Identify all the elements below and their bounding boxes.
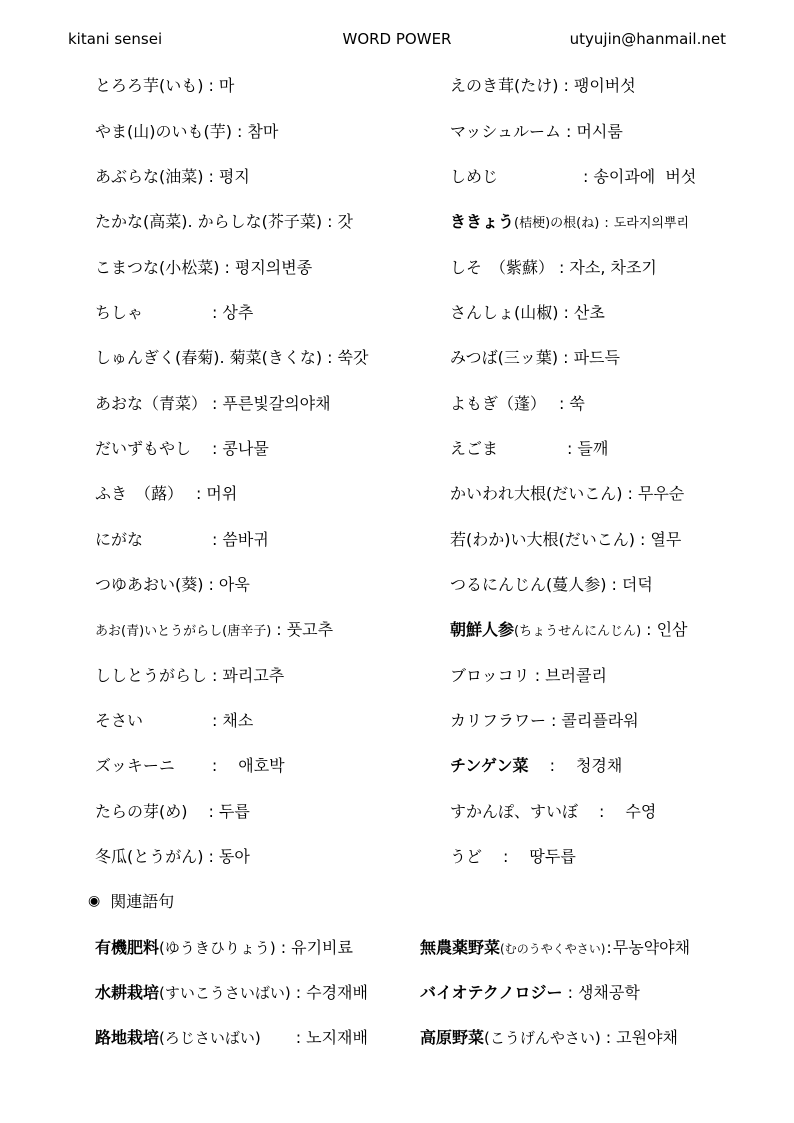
kr-meaning: 무우순 [638, 484, 684, 503]
colon-separator: : [604, 216, 608, 231]
colon-separator: : [606, 938, 611, 957]
jp-term: ズッキーニ [95, 756, 207, 775]
colon-separator: : [550, 756, 555, 775]
vocab-entry: こまつな(小松菜):평지의변종 [95, 255, 450, 278]
jp-term: チンゲン菜 [450, 756, 545, 775]
kr-meaning: 수영 [609, 802, 656, 821]
kr-meaning: 생채공학 [578, 983, 640, 1002]
vocab-entry: ズッキーニ : 애호박 [95, 753, 450, 776]
colon-separator: : [276, 620, 281, 639]
colon-separator: : [209, 167, 214, 186]
jp-term: ししとうがらし [95, 666, 207, 685]
vocab-entry: とろろ芋(いも):마 [95, 73, 450, 96]
related-entry: 有機肥料(ゆうきひりょう):유기비료 [95, 935, 420, 958]
jp-term: つるにんじん(蔓人参) [450, 575, 607, 594]
jp-term: しめじ [450, 167, 578, 186]
kr-meaning: 더덕 [622, 575, 653, 594]
colon-separator: : [281, 938, 286, 957]
kr-meaning: 마 [219, 76, 234, 95]
colon-separator: : [225, 258, 230, 277]
colon-separator: : [551, 711, 556, 730]
related-entry: 水耕栽培(すいこうさいばい):수경재배 [95, 980, 420, 1003]
vocab-entry: 朝鮮人参(ちょうせんにんじん):인삼 [450, 617, 794, 640]
jp-term: ちしゃ [95, 303, 207, 322]
colon-separator: : [564, 303, 569, 322]
vocab-list: とろろ芋(いも):마 えのき茸(たけ):팽이버섯 やま(山)のいも(芋):참마 … [0, 62, 794, 1060]
colon-separator: : [535, 666, 540, 685]
kr-meaning: 콜리플라워 [561, 711, 638, 730]
colon-separator: : [327, 212, 332, 231]
vocab-entry: すかんぽ、すいぼ : 수영 [450, 799, 794, 822]
kr-meaning: 유기비료 [291, 938, 353, 957]
vocab-entry: マッシュルーム:머시룸 [450, 119, 794, 142]
kr-meaning: 참마 [247, 122, 278, 141]
vocab-entry: しめじ :송이과에 버섯 [450, 164, 794, 187]
vocab-row: しゅんぎく(春菊). 菊菜(きくな):쑥갓 みつば(三ッ葉):파드득 [0, 334, 794, 379]
vocab-row: 冬瓜(とうがん):동아 うど : 땅두릅 [0, 833, 794, 878]
jp-term-reading: (ちょうせんにんじん) [514, 624, 641, 639]
vocab-entry: ししとうがらし:꽈리고추 [95, 663, 450, 686]
related-entry: 無農薬野菜(むのうやくやさい):무농약야채 [420, 935, 794, 958]
colon-separator: : [209, 802, 214, 821]
header-email: utyujin@hanmail.net [507, 30, 726, 48]
fisheye-bullet-icon: ◉ [88, 893, 100, 909]
vocab-entry: チンゲン菜 : 청경채 [450, 753, 794, 776]
vocab-row: ちしゃ :상추 さんしょ(山椒):산초 [0, 289, 794, 334]
vocab-row: とろろ芋(いも):마 えのき茸(たけ):팽이버섯 [0, 62, 794, 107]
kr-meaning: 평지 [219, 167, 250, 186]
colon-separator: : [296, 983, 301, 1002]
kr-meaning: 고원야채 [616, 1028, 678, 1047]
related-entry: バイオテクノロジー:생채공학 [420, 980, 794, 1003]
vocab-entry: かいわれ大根(だいこん):무우순 [450, 481, 794, 504]
related-section-title: 関連語句 [110, 889, 174, 912]
vocab-entry: たかな(高菜). からしな(芥子菜):갓 [95, 209, 450, 232]
jp-term: あぶらな(油菜) [95, 167, 204, 186]
jp-term: しそ （紫蘇） [450, 258, 554, 277]
colon-separator: : [237, 122, 242, 141]
vocab-entry: にがな :씀바귀 [95, 527, 450, 550]
vocab-row: やま(山)のいも(芋):참마 マッシュルーム:머시룸 [0, 107, 794, 152]
kr-meaning: 수경재배 [306, 983, 368, 1002]
kr-meaning: 열무 [650, 530, 681, 549]
kr-meaning: 풋고추 [287, 620, 333, 639]
vocab-entry: よもぎ（蓬） :쑥 [450, 391, 794, 414]
related-entry: 路地栽培(ろじさいばい) :노지재배 [95, 1025, 420, 1048]
colon-separator: : [559, 394, 564, 413]
jp-term: さんしょ(山椒) [450, 303, 559, 322]
jp-term: やま(山)のいも(芋) [95, 122, 232, 141]
jp-term: 若(わか)い大根(だいこん) [450, 530, 635, 549]
colon-separator: : [503, 847, 508, 866]
kr-meaning: 애호박 [222, 756, 284, 775]
jp-term: ブロッコリ [450, 666, 530, 685]
kr-meaning: 파드득 [574, 348, 620, 367]
vocab-entry: やま(山)のいも(芋):참마 [95, 119, 450, 142]
vocab-entry: あお(青)いとうがらし(唐辛子):풋고추 [95, 617, 450, 640]
kr-meaning: 머시룸 [576, 122, 622, 141]
colon-separator: : [628, 484, 633, 503]
vocab-entry: カリフラワー:콜리플라워 [450, 708, 794, 731]
kr-meaning: 푸른빛갈의야채 [222, 394, 330, 413]
vocab-row: つゆあおい(葵):아욱 つるにんじん(蔓人参):더덕 [0, 561, 794, 606]
jp-term: マッシュルーム [450, 122, 561, 141]
kr-meaning: 무농약야채 [613, 938, 690, 957]
kr-meaning: 산초 [574, 303, 605, 322]
colon-separator: : [559, 258, 564, 277]
jp-term: ききょう [450, 212, 514, 231]
vocab-entry: えのき茸(たけ):팽이버섯 [450, 73, 794, 96]
colon-separator: : [209, 76, 214, 95]
colon-separator: : [563, 348, 568, 367]
colon-separator: : [612, 575, 617, 594]
jp-term-reading: (すいこうさいばい) [159, 984, 291, 1002]
vocab-entry: しそ （紫蘇）:자소, 차조기 [450, 255, 794, 278]
kr-meaning: 갓 [338, 212, 353, 231]
kr-meaning: 쑥갓 [338, 348, 369, 367]
jp-term: 路地栽培 [95, 1028, 159, 1047]
colon-separator: : [646, 620, 651, 639]
related-entry: 高原野菜(こうげんやさい):고원야채 [420, 1025, 794, 1048]
page-header: kitani sensei WORD POWER utyujin@hanmail… [68, 30, 726, 48]
vocab-entry: あおな（青菜）:푸른빛갈의야채 [95, 391, 450, 414]
kr-meaning: 브러콜리 [545, 666, 607, 685]
jp-term: えごま [450, 439, 562, 458]
vocab-entry: つるにんじん(蔓人参):더덕 [450, 572, 794, 595]
jp-term: みつば(三ッ葉) [450, 348, 558, 367]
jp-term-reading: (こうげんやさい) [484, 1029, 601, 1047]
jp-term: たかな(高菜). からしな(芥子菜) [95, 212, 322, 231]
kr-meaning: 상추 [222, 303, 253, 322]
kr-meaning: 노지재배 [306, 1028, 368, 1047]
jp-term: そさい [95, 711, 207, 730]
kr-meaning: 들깨 [577, 439, 608, 458]
jp-term-reading: (むのうやくやさい) [500, 942, 605, 956]
colon-separator: : [566, 122, 571, 141]
kr-meaning: 도라지의뿌리 [614, 216, 689, 231]
colon-separator: : [327, 348, 332, 367]
jp-term: つゆあおい(葵) [95, 575, 204, 594]
kr-meaning: 꽈리고추 [222, 666, 284, 685]
colon-separator: : [564, 76, 569, 95]
jp-term: えのき茸(たけ) [450, 76, 559, 95]
vocab-entry: あぶらな(油菜):평지 [95, 164, 450, 187]
vocab-entry: ちしゃ :상추 [95, 300, 450, 323]
vocab-row: あおな（青菜）:푸른빛갈의야채 よもぎ（蓬） :쑥 [0, 379, 794, 424]
colon-separator: : [606, 1028, 611, 1047]
colon-separator: : [296, 1028, 301, 1047]
jp-term: たらの芽(め) [95, 802, 204, 821]
related-row: 水耕栽培(すいこうさいばい):수경재배 バイオテクノロジー:생채공학 [0, 969, 794, 1014]
vocab-row: ズッキーニ : 애호박 チンゲン菜 : 청경채 [0, 742, 794, 787]
vocab-entry: ふき （蕗） :머위 [95, 481, 450, 504]
vocab-row: ふき （蕗） :머위 かいわれ大根(だいこん):무우순 [0, 470, 794, 515]
jp-term: とろろ芋(いも) [95, 76, 204, 95]
colon-separator: : [212, 303, 217, 322]
jp-term-reading: (桔梗)の根(ね) [514, 216, 599, 231]
vocab-row: たらの芽(め) :두릅 すかんぽ、すいぼ : 수영 [0, 788, 794, 833]
vocab-entry: そさい :채소 [95, 708, 450, 731]
document-page: kitani sensei WORD POWER utyujin@hanmail… [0, 0, 794, 1123]
vocab-row: あお(青)いとうがらし(唐辛子):풋고추 朝鮮人参(ちょうせんにんじん):인삼 [0, 606, 794, 651]
colon-separator: : [583, 167, 588, 186]
jp-term: 無農薬野菜 [420, 938, 500, 957]
colon-separator: : [212, 530, 217, 549]
jp-term: こまつな(小松菜) [95, 258, 220, 277]
jp-term: カリフラワー [450, 711, 546, 730]
colon-separator: : [212, 439, 217, 458]
vocab-entry: たらの芽(め) :두릅 [95, 799, 450, 822]
jp-term-reading: (ろじさいばい) [159, 1029, 291, 1047]
vocab-row: ししとうがらし:꽈리고추 ブロッコリ:브러콜리 [0, 651, 794, 696]
jp-term: にがな [95, 530, 207, 549]
kr-meaning: 동아 [219, 847, 250, 866]
vocab-row: そさい :채소 カリフラワー:콜리플라워 [0, 697, 794, 742]
jp-term: うど [450, 847, 498, 866]
header-author: kitani sensei [68, 30, 287, 48]
vocab-entry: 冬瓜(とうがん):동아 [95, 844, 450, 867]
vocab-entry: ブロッコリ:브러콜리 [450, 663, 794, 686]
vocab-row: こまつな(小松菜):평지의변종 しそ （紫蘇）:자소, 차조기 [0, 243, 794, 288]
related-row: 有機肥料(ゆうきひりょう):유기비료 無農薬野菜(むのうやくやさい):무농약야채 [0, 924, 794, 969]
jp-term: あお(青)いとうがらし(唐辛子) [95, 624, 271, 639]
vocab-entry: つゆあおい(葵):아욱 [95, 572, 450, 595]
kr-meaning: 팽이버섯 [574, 76, 636, 95]
jp-term: あおな（青菜） [95, 394, 207, 413]
jp-term: すかんぽ、すいぼ [450, 802, 594, 821]
jp-term: だいずもやし [95, 439, 207, 458]
colon-separator: : [599, 802, 604, 821]
colon-separator: : [212, 666, 217, 685]
kr-meaning: 청경채 [560, 756, 622, 775]
jp-term: 高原野菜 [420, 1028, 484, 1047]
colon-separator: : [212, 394, 217, 413]
jp-term: 水耕栽培 [95, 983, 159, 1002]
kr-meaning: 아욱 [219, 575, 250, 594]
vocab-entry: さんしょ(山椒):산초 [450, 300, 794, 323]
kr-meaning: 자소, 차조기 [569, 258, 656, 277]
jp-term: ふき （蕗） [95, 484, 191, 503]
vocab-entry: うど : 땅두릅 [450, 844, 794, 867]
kr-meaning: 콩나물 [222, 439, 268, 458]
vocab-entry: 若(わか)い大根(だいこん):열무 [450, 527, 794, 550]
jp-term-reading: (ゆうきひりょう) [159, 939, 276, 957]
colon-separator: : [212, 711, 217, 730]
colon-separator: : [640, 530, 645, 549]
kr-meaning: 두릅 [219, 802, 250, 821]
kr-meaning: 송이과에 버섯 [593, 167, 696, 186]
vocab-row: だいずもやし :콩나물 えごま :들깨 [0, 425, 794, 470]
kr-meaning: 땅두릅 [513, 847, 575, 866]
vocab-entry: しゅんぎく(春菊). 菊菜(きくな):쑥갓 [95, 345, 450, 368]
jp-term: かいわれ大根(だいこん) [450, 484, 623, 503]
vocab-entry: だいずもやし :콩나물 [95, 436, 450, 459]
vocab-entry: えごま :들깨 [450, 436, 794, 459]
colon-separator: : [212, 756, 217, 775]
related-section-header: ◉ 関連語句 [0, 878, 794, 923]
vocab-row: にがな :씀바귀 若(わか)い大根(だいこん):열무 [0, 515, 794, 560]
kr-meaning: 씀바귀 [222, 530, 268, 549]
colon-separator: : [209, 847, 214, 866]
kr-meaning: 머위 [206, 484, 237, 503]
jp-term: よもぎ（蓬） [450, 394, 554, 413]
colon-separator: : [568, 983, 573, 1002]
kr-meaning: 인삼 [657, 620, 688, 639]
colon-separator: : [196, 484, 201, 503]
vocab-entry: みつば(三ッ葉):파드득 [450, 345, 794, 368]
jp-term: バイオテクノロジー [420, 983, 563, 1002]
kr-meaning: 채소 [222, 711, 253, 730]
kr-meaning: 쑥 [569, 394, 584, 413]
kr-meaning: 평지의변종 [235, 258, 312, 277]
jp-term: 朝鮮人参 [450, 620, 514, 639]
jp-term: 冬瓜(とうがん) [95, 847, 204, 866]
vocab-row: あぶらな(油菜):평지 しめじ :송이과에 버섯 [0, 153, 794, 198]
colon-separator: : [567, 439, 572, 458]
jp-term: しゅんぎく(春菊). 菊菜(きくな) [95, 348, 322, 367]
jp-term: 有機肥料 [95, 938, 159, 957]
vocab-row: たかな(高菜). からしな(芥子菜):갓 ききょう(桔梗)の根(ね):도라지의뿌… [0, 198, 794, 243]
page-title: WORD POWER [287, 30, 506, 48]
vocab-entry: ききょう(桔梗)の根(ね):도라지의뿌리 [450, 209, 794, 232]
colon-separator: : [209, 575, 214, 594]
related-row: 路地栽培(ろじさいばい) :노지재배 高原野菜(こうげんやさい):고원야채 [0, 1014, 794, 1059]
